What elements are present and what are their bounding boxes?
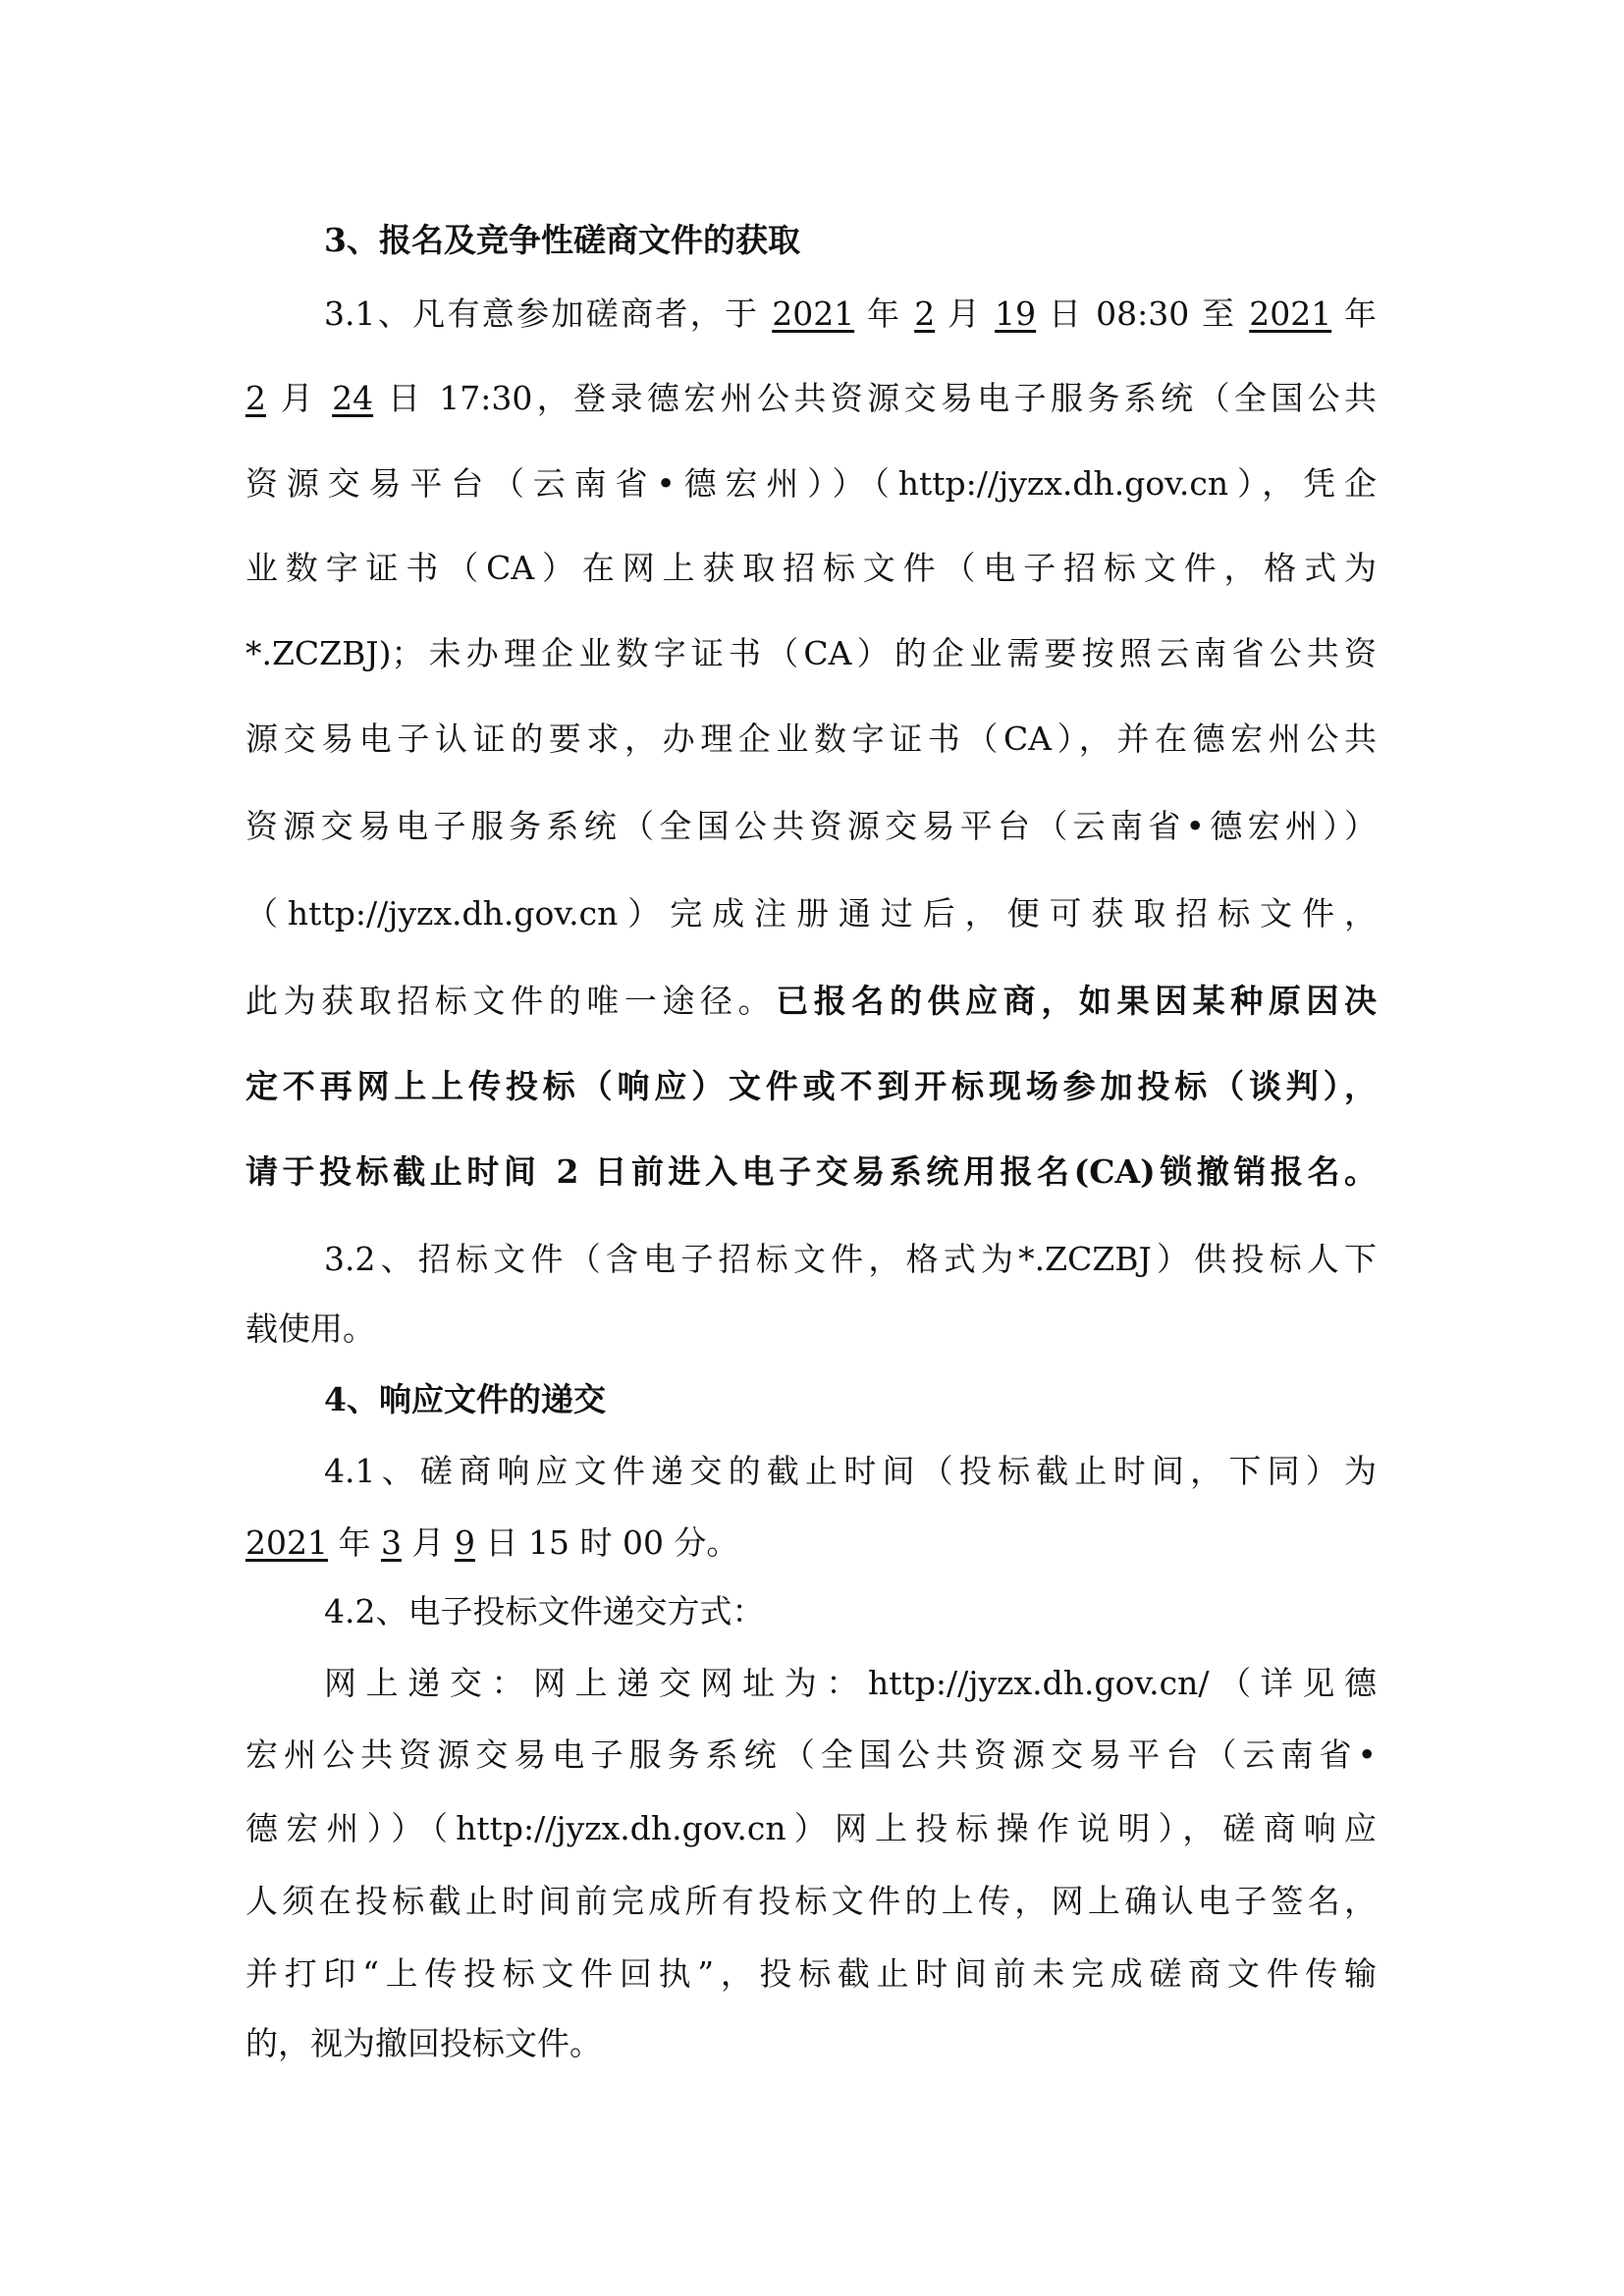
end-month: 2 bbox=[245, 379, 266, 417]
paragraph-4-1-line-1: 4.1、磋商响应文件递交的截止时间（投标截止时间，下同）为 bbox=[324, 1447, 1377, 1496]
bold-notice: 已报名的供应商，如果因某种原因决 bbox=[776, 982, 1377, 1020]
text: 月 bbox=[411, 1523, 444, 1562]
text: 月 bbox=[947, 294, 982, 333]
text: 3.1、凡有意参加磋商者，于 bbox=[324, 294, 759, 333]
paragraph-3-2-line-2: 载使用。 bbox=[245, 1305, 1377, 1354]
paragraph-4-2-line-1: 4.2、电子投标文件递交方式： bbox=[324, 1587, 1377, 1636]
deadline-day: 9 bbox=[455, 1523, 475, 1562]
section-4-heading: 4、响应文件的递交 bbox=[324, 1375, 1377, 1424]
document-page: 3、报名及竞争性磋商文件的获取 3.1、凡有意参加磋商者，于 2021 年 2 … bbox=[0, 0, 1624, 2296]
end-day: 24 bbox=[332, 379, 373, 417]
paragraph-3-1-line-6: 源交易电子认证的要求，办理企业数字证书（CA），并在德宏州公共 bbox=[245, 715, 1377, 764]
deadline-month: 3 bbox=[381, 1523, 402, 1562]
start-day: 19 bbox=[995, 294, 1036, 333]
paragraph-3-1-line-7: 资源交易电子服务系统（全国公共资源交易平台（云南省•德宏州）） bbox=[245, 802, 1377, 851]
paragraph-4-2-line-3: 宏州公共资源交易电子服务系统（全国公共资源交易平台（云南省• bbox=[245, 1731, 1377, 1780]
end-year: 2021 bbox=[1249, 294, 1331, 333]
paragraph-3-1-line-4: 业数字证书（CA）在网上获取招标文件（电子招标文件，格式为 bbox=[245, 544, 1377, 593]
text: 日 17:30，登录德宏州公共资源交易电子服务系统（全国公共 bbox=[388, 379, 1377, 417]
section-3-heading: 3、报名及竞争性磋商文件的获取 bbox=[324, 216, 1377, 265]
paragraph-3-1-line-8: （http://jyzx.dh.gov.cn）完成注册通过后，便可获取招标文件， bbox=[245, 889, 1377, 938]
text: 此为获取招标文件的唯一途径。 bbox=[245, 982, 776, 1020]
paragraph-3-1-line-3: 资源交易平台（云南省•德宏州））（http://jyzx.dh.gov.cn），… bbox=[245, 459, 1377, 508]
start-month: 2 bbox=[914, 294, 935, 333]
text: 年 bbox=[1344, 294, 1377, 333]
paragraph-3-2-line-1: 3.2、招标文件（含电子招标文件，格式为*.ZCZBJ）供投标人下 bbox=[324, 1235, 1377, 1284]
paragraph-3-1-line-5: *.ZCZBJ)；未办理企业数字证书（CA）的企业需要按照云南省公共资 bbox=[245, 629, 1377, 678]
paragraph-4-1-line-2: 2021 年 3 月 9 日 15 时 00 分。 bbox=[245, 1519, 1377, 1568]
paragraph-4-2-line-4: 德宏州））（http://jyzx.dh.gov.cn）网上投标操作说明），磋商… bbox=[245, 1804, 1377, 1853]
start-year: 2021 bbox=[772, 294, 854, 333]
text: 年 bbox=[338, 1523, 370, 1562]
paragraph-4-2-line-5: 人须在投标截止时间前完成所有投标文件的上传，网上确认电子签名， bbox=[245, 1877, 1377, 1926]
text: 月 bbox=[281, 379, 317, 417]
paragraph-3-1-line-1: 3.1、凡有意参加磋商者，于 2021 年 2 月 19 日 08:30 至 2… bbox=[324, 290, 1377, 339]
paragraph-3-1-line-2: 2 月 24 日 17:30，登录德宏州公共资源交易电子服务系统（全国公共 bbox=[245, 374, 1377, 423]
paragraph-4-2-line-6: 并打印“上传投标文件回执”，投标截止时间前未完成磋商文件传输 bbox=[245, 1949, 1377, 1999]
text: 日 15 时 00 分。 bbox=[485, 1523, 738, 1562]
paragraph-3-1-line-11: 请于投标截止时间 2 日前进入电子交易系统用报名(CA)锁撤销报名。 bbox=[245, 1148, 1377, 1197]
paragraph-4-2-line-2: 网上递交：网上递交网址为：http://jyzx.dh.gov.cn/（详见德 bbox=[324, 1659, 1377, 1708]
text: 日 08:30 至 bbox=[1049, 294, 1236, 333]
paragraph-3-1-line-10: 定不再网上上传投标（响应）文件或不到开标现场参加投标（谈判）， bbox=[245, 1062, 1377, 1111]
deadline-year: 2021 bbox=[245, 1523, 328, 1562]
paragraph-4-2-line-7: 的，视为撤回投标文件。 bbox=[245, 2019, 1377, 2068]
paragraph-3-1-line-9: 此为获取招标文件的唯一途径。已报名的供应商，如果因某种原因决 bbox=[245, 977, 1377, 1026]
text: 年 bbox=[867, 294, 901, 333]
